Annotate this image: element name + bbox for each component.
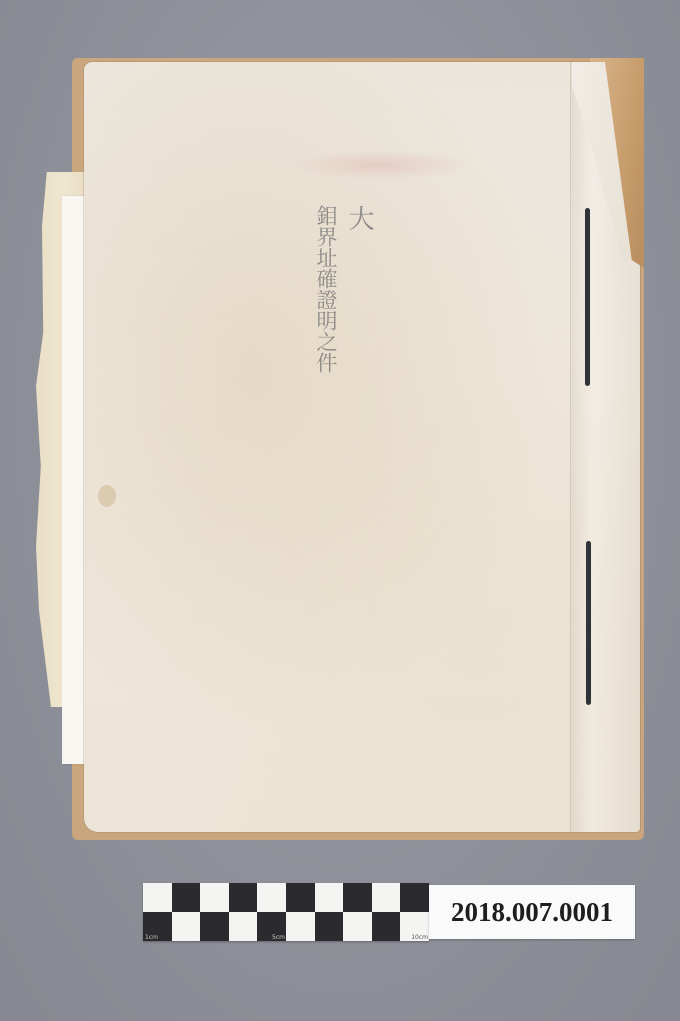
faded-red-stamp — [290, 150, 470, 180]
scale-label-5cm: 5cm — [272, 934, 285, 941]
scale-label-10cm: 10cm — [411, 934, 428, 941]
title-text: 鉬界址確證明之件 — [314, 205, 338, 373]
binding-thread-bottom — [586, 541, 591, 705]
accession-number-label: 2018.007.0001 — [429, 885, 635, 939]
inserted-white-sheet — [62, 196, 86, 764]
title-first-char: 大 — [341, 205, 378, 345]
handwritten-title: 大 鉬界址確證明之件 — [338, 205, 378, 373]
measurement-scale: 1cm 5cm 10cm — [143, 883, 429, 941]
stain-mark — [98, 485, 116, 507]
binding-thread-top — [585, 208, 590, 386]
scale-label-1cm: 1cm — [145, 934, 158, 941]
